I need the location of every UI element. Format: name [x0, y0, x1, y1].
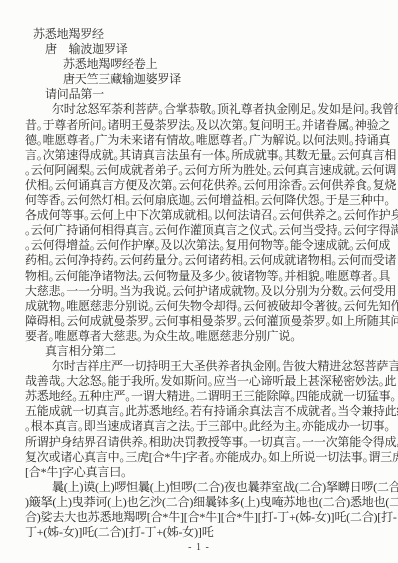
text-line: 合)娑去大也苏悉地羯啰[合*牛][合*牛][合*牛][打-丁+(姊-女)]吒(二… [25, 510, 390, 525]
page-number: - 1 - [0, 542, 398, 553]
text-line: ｡根本真言｡即当速成诸真言之法｡于三部中｡此经为主｡亦能成办一切事｡ [25, 419, 390, 434]
text-line: 苏悉地羯啰经卷上 [25, 57, 390, 72]
text-line: 成就物｡唯愿慈悲分别说｡云何失物令却得｡云何被破却令著彼｡云何先知作 [25, 299, 390, 314]
text-line: 丁+(姊-女)]吒(二合)[打-丁+(姊-女)]吒 [25, 525, 390, 540]
text-line: 昔｡于尊者所问｡诸明王曼荼罗法｡及以次第｡复问明王｡并诸眷属｡神验之 [25, 118, 390, 133]
text-line: ｡云何得增益｡云何作护摩｡及以次第法｡复用何物等｡能令速成就｡云何成 [25, 238, 390, 253]
text-line: 哉善哉｡大忿怒｡能于我所｡发如斯问｡应当一心谛听最上甚深秘密妙法｡此 [25, 374, 390, 389]
text-line: 尔时吉祥庄严一切持明王大圣供养者执金刚｡告彼大精进忿怒菩萨言｡善 [25, 359, 390, 374]
text-line: 要者｡唯愿尊者大慈悲｡为众生故｡唯愿慈悲分别广说｡ [25, 329, 390, 344]
text-line: [合*牛]字心真言曰｡ [25, 465, 390, 480]
document-page: 苏悉地羯罗经唐 输波迦罗译苏悉地羯啰经卷上唐天竺三藏输迦婆罗译请问品第一尔时忿怒… [0, 0, 398, 563]
scripture-body: 苏悉地羯罗经唐 输波迦罗译苏悉地羯啰经卷上唐天竺三藏输迦婆罗译请问品第一尔时忿怒… [0, 0, 398, 540]
text-line: 药相｡云何净持药｡云何药量分｡云何诸药相｡云何成就诸物相｡云何而受诸 [25, 253, 390, 268]
text-line: 请问品第一 [25, 87, 390, 102]
text-line: 伏相｡云何诵真言方便及次第｡云何花供养｡云何用涂香｡云何供养食｡复烧 [25, 178, 390, 193]
text-line: 物相｡云何能净诸物法｡云何物量及多少｡彼诸物等｡并相貌｡唯愿尊者｡具 [25, 269, 390, 284]
text-line: 所谓护身结界召请供养｡相助决罚教授等事｡一切真言｡一一次第能令得成｡ [25, 435, 390, 450]
text-line: 复次或诸心真言中｡三虎[合*牛]字者｡亦能成办｡如上所说一切法事｡谓三虎 [25, 450, 390, 465]
text-line: 唐 输波迦罗译 [25, 42, 390, 57]
text-line: 各成何等事｡云何上中下次第成就相｡以何法请召｡云何供养之｡云何作护身 [25, 208, 390, 223]
text-line: 曩(上)谟(上)啰怛曩(上)怛啰(二合)夜也曩莽室战(二合)拏嚩日啰(二合 [25, 480, 390, 495]
text-line: )簸拏(上)曳莽诃(上)也乞沙(二合)细曩钵多(上)曳唵苏地也(二合)悉地也(二 [25, 495, 390, 510]
text-line: 何等香｡云何然灯相｡云何扇底迦｡云何增益相｡云何降伏怨｡于是三种中｡ [25, 193, 390, 208]
text-line: 苏悉地羯罗经 [25, 27, 390, 42]
text-line: 唐天竺三藏输迦婆罗译 [25, 72, 390, 87]
text-line: 德｡唯愿尊者｡广为未来诸有情故｡唯愿尊者｡广为解说｡以何法则｡持诵真 [25, 133, 390, 148]
text-line: 大慈悲｡一一分明｡当为我说｡云何护诸成就物｡及以分别为分数｡云何受用 [25, 284, 390, 299]
text-line: 真言相分第二 [25, 344, 390, 359]
text-line: 尔时忿怒军荼利菩萨｡合掌恭敬｡顶礼尊者执金刚足｡发如是问｡我曾往 [25, 102, 390, 117]
text-line: 五能成就一切真言｡此苏悉地经｡若有持诵余真法言不成就者｡当令兼持此经 [25, 404, 390, 419]
text-line: ｡云何广持诵何相得真言｡云何作灌顶真言之仪式｡云何当受持｡云何字得满 [25, 223, 390, 238]
text-line: 障碍相｡云何成就曼荼罗｡云何事相曼荼罗｡云何灌顶曼荼罗｡如上所随其问 [25, 314, 390, 329]
text-line: ｡云何阿阇梨｡云何成就者弟子｡云何方所为胜处｡云何真言速成就｡云何调 [25, 163, 390, 178]
text-line: 苏悉地经｡五种庄严｡一谓大精进｡二谓明王三能除障｡四能成就一切猛事｡ [25, 389, 390, 404]
text-line: 言｡次第速得成就｡其请真言法虽有一体｡所成就事｡其数无量｡云何真言相 [25, 148, 390, 163]
